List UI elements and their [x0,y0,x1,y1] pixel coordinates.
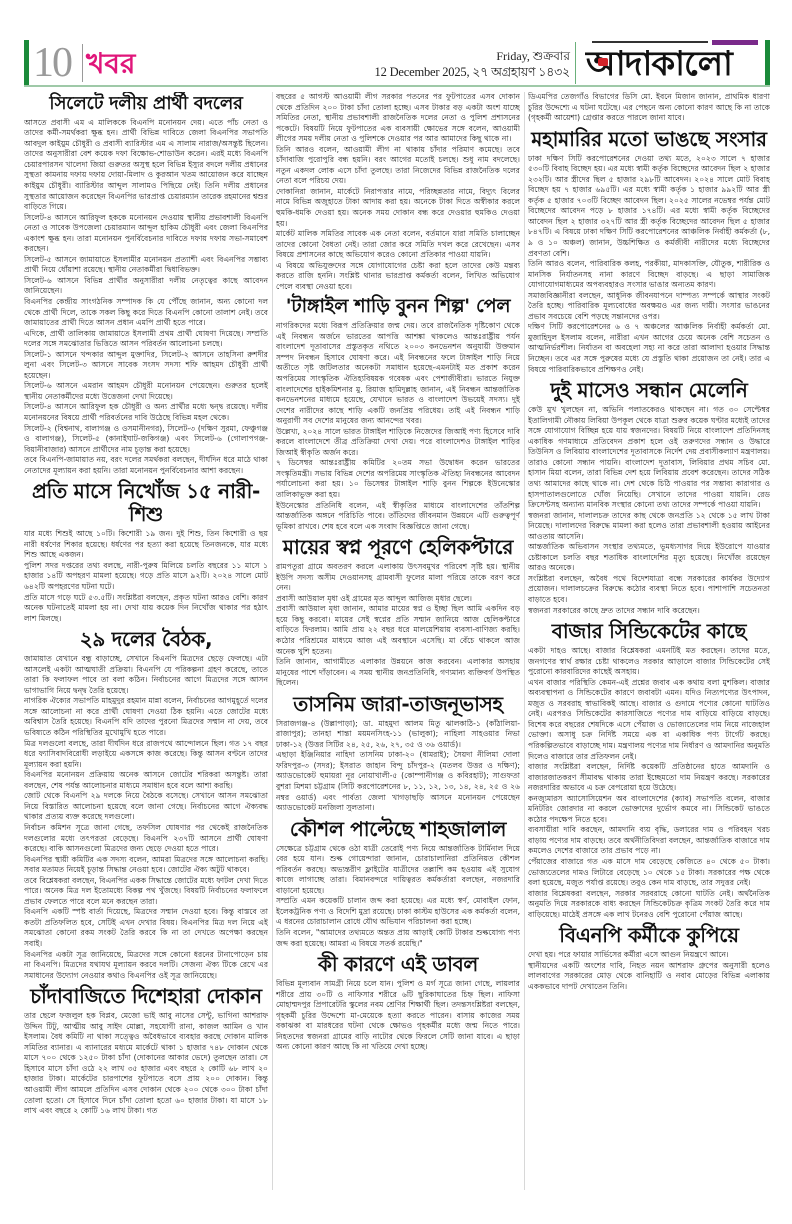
column-2: বছরের ৫ আগস্ট আওয়ামী লীগ সরকার পতনের পর… [276,92,520,1190]
paragraph: সিলেট-৬ আসনে এমরান আহমদ চৌধুরী মনোনয়ন প… [24,381,268,402]
article-tasnim-jara[interactable]: তাসনিম জারা-তাজনূভাসহ সিরাজগঞ্জ-৪ (উল্লা… [276,691,520,814]
article-bnp-worker-stabbed[interactable]: বিএনপি কর্মীকে কুপিয়ে দেখা হয়। পরে ফায… [528,922,770,992]
article-body: একটা দাহও আছে। বাজার বিশ্লেষকরা এমনটিই ম… [528,646,770,920]
headline: চাঁদাবাজিতে দিশেহারা দোকান [24,983,268,1011]
paragraph: সিরাজগঞ্জ-৪ (উল্লাপাড়া); ডা. মাহমুদা আল… [276,719,520,751]
article-body: আসতে প্রবাসী এম এ মালিককে বিএনপি মনোনয়ন… [24,118,268,477]
masthead-rule [592,41,708,43]
paragraph: এখন বাজার পরিস্থিতি কেমন-এই প্রশ্নের জবা… [528,678,770,762]
paragraph: দেখা হয়। পরে ফায়ার সার্ভিসের কর্মীরা এ… [528,950,770,961]
paragraph: জামায়াত যেখানে বন্ধু বাড়াচ্ছে, সেখানে … [24,654,268,696]
paragraph: সমাজবিজ্ঞানীরা বলছেন, আধুনিক জীবনযাপনে দ… [528,291,770,323]
paragraph: বিএনপির কেন্দ্রীয় সাংগঠনিক সম্পাদক কি য… [24,297,268,329]
article-double-murder[interactable]: কী কারণে এই ডাবল বিভিন্ন মূল্যবান সামগ্র… [276,951,520,1053]
paragraph: ঢাকা দক্ষিণ সিটি করপোরেশনের দেওয়া তথ্য … [528,154,770,259]
paragraph: সিলেট-৬ আসনে বিভিন্ন প্রার্থীর অনুসারীরা… [24,276,268,297]
column-rule [524,92,525,1190]
article-body: জামায়াত যেখানে বন্ধু বাড়াচ্ছে, সেখানে … [24,654,268,981]
paragraph: যার মধ্যে শিশুই আছে ১০টি। কিশোরী ১৯ জন। … [24,529,268,561]
page-number: 10 [33,41,71,85]
green-bar-right [765,40,770,85]
article-body: রামপতুরা গ্রামে অবতরণ করলে এলাকায় উৎসবম… [276,562,520,689]
paragraph: তবে বিএনপি-জামায়াত নয়, বরং দলের সমর্থক… [24,455,268,476]
article-missing-two-months[interactable]: দুই মাসেও সন্ধান মেলেনি কেউ মুখ খুলছেন ন… [528,377,770,616]
article-body: বিভিন্ন মূল্যবান সামগ্রী নিয়ে চলে যান। … [276,979,520,1053]
article-body: সেক্ষেত্রে চট্টগ্রাম থেকে ওঠা যাত্রী তের… [276,844,520,949]
paragraph: বাজার বিশ্লেষকরা বলছেন, সরকার সরবরাহে কো… [528,889,770,921]
paragraph: বিএনপির মনোনয়ন প্রক্রিয়ায় অনেক আসনে জ… [24,770,268,791]
newspaper-page: 10 খবর Friday, শুক্রবার 12 December 2025… [24,40,770,1190]
paragraph: নাগরিক ঐক্যের সভাপতি মাহমুদুর রহমান মান্… [24,696,268,738]
article-market-syndicate[interactable]: বাজার সিন্ডিকেটের কাছে একটা দাহও আছে। বা… [528,618,770,920]
headline: মহামারির মতো ভাঙছে সংসার [528,126,770,154]
article-extortion-continued[interactable]: বছরের ৫ আগস্ট আওয়ামী লীগ সরকার পতনের পর… [276,92,520,292]
paragraph: বাজার সংশ্লিষ্টরা বলছেন, নির্দিষ্ট কয়েক… [528,762,770,794]
article-extortion-shops[interactable]: চাঁদাবাজিতে দিশেহারা দোকান তার ছেলে ফজলু… [24,983,268,1116]
paragraph: সিলেট-৪ আসনে আরিফুল হককে মনোনয়ন দেওয়ায… [24,213,268,255]
paragraph: তবে বিশ্লেষকরা বলছেন, বিএনপির একক সিদ্ধা… [24,876,268,908]
paragraph: পেঁয়াজের বাজারে গত এক মাসে দাম বেড়েছে … [528,857,770,889]
issue-full-date: 12 December 2025, ২৭ অগ্রহায়ণ ১৪৩২ [375,64,570,80]
paragraph: সিলেট-৫ আসনে জামায়াতে ইসলামীর মনোনয়ন প… [24,255,268,276]
paragraph: আন্তর্জাতিক অভিবাসন সংস্থার তথ্যমতে, ভূম… [528,542,770,574]
headline: তাসনিম জারা-তাজনূভাসহ [276,691,520,719]
article-body: তার ছেলে ফজলুল হক বিপ্লব, মেজো ভাই আবু ন… [24,1011,268,1116]
paragraph: ডিএমপির তেজগাঁও বিভাগের ডিসি মো. ইবনে মি… [528,92,770,124]
paragraph: এ বিষয়ে অভিযুক্তদের সঙ্গে যোগাযোগের চেষ… [276,261,520,293]
paragraph: আসতে প্রবাসী এম এ মালিককে বিএনপি মনোনয়ন… [24,118,268,213]
paragraph: বিএনপির স্থায়ী কমিটির এক সদস্য বলেন, আম… [24,855,268,876]
article-body: বছরের ৫ আগস্ট আওয়ামী লীগ সরকার পতনের পর… [276,92,520,292]
headline: দুই মাসেও সন্ধান মেলেনি [528,377,770,405]
paragraph: ইউনেস্কোর প্রতিনিধি বলেন, এই স্বীকৃতির ম… [276,501,520,533]
paragraph: স্থানীয়দের একটি অংশের দাবি, নিহত নয়ন আ… [528,961,770,993]
header-divider [82,44,83,82]
headline: কৌশল পাল্টেছে শাহজালাল [276,816,520,844]
section-title: খবর [86,46,135,82]
paragraph: দক্ষিণ সিটি করপোরেশনের ৬ ও ৭ অঞ্চলের আঞ্… [528,322,770,375]
green-bar-left [24,40,29,85]
paragraph: নির্বাচন কমিশন সূত্রে জানা গেছে, তফসিল ঘ… [24,823,268,855]
headline: মায়ের স্বপ্ন পূরণে হেলিকপ্টারে [276,534,520,562]
article-tangail-saree[interactable]: 'টাঙ্গাইল শাড়ি বুনন শিল্প' পেল নাগরিকদে… [276,294,520,532]
paragraph: কনজ্যুমারস অ্যাসোসিয়েশন অব বাংলাদেশের (… [528,794,770,826]
paragraph: তিনি আরও বলেন, পারিবারিক কলহ, পরকীয়া, ম… [528,259,770,291]
paragraph: দোকানিরা জানান, মার্কেটে নিরাপত্তার নামে… [276,187,520,229]
issue-day: Friday, শুক্রবার [375,48,570,64]
paragraph: নাগরিকদের মধ্যে বিরূপ প্রতিক্রিয়ার জন্ম… [276,321,520,426]
issue-date: Friday, শুক্রবার 12 December 2025, ২৭ অগ… [375,48,570,80]
article-shahjalal-tactics[interactable]: কৌশল পাল্টেছে শাহজালাল সেক্ষেত্রে চট্টগ্… [276,816,520,949]
paragraph: সম্প্রতি এমন কয়েকটি চালান জব্দ করা হয়ে… [276,896,520,928]
article-divorce-epidemic[interactable]: মহামারির মতো ভাঙছে সংসার ঢাকা দক্ষিণ সিট… [528,126,770,375]
paragraph: ৭ ডিসেম্বর আন্তঃরাষ্ট্রীয় কমিটির ২০তম স… [276,458,520,500]
paragraph: সিলেট-২ (বিশ্বনাথ, বালাগঞ্জ ও ওসমানীনগর)… [24,424,268,456]
masthead-divider [575,42,576,84]
column-3: ডিএমপির তেজগাঁও বিভাগের ডিসি মো. ইবনে মি… [528,92,770,1190]
paragraph: বিএনপির একটা সূত্র জানিয়েছে, মিত্রদের স… [24,950,268,982]
paragraph: জোট থেকে বিএনপি ২৯ দলকে নিয়ে বৈঠকে বসেছ… [24,791,268,823]
paragraph: স্বজনরা সরকারের কাছে দ্রুত তাদের সন্ধান … [528,606,770,617]
article-body: সিরাজগঞ্জ-৪ (উল্লাপাড়া); ডা. মাহমুদা আল… [276,719,520,814]
headline: কী কারণে এই ডাবল [276,951,520,979]
column-rule [272,92,273,1190]
article-body: নাগরিকদের মধ্যে বিরূপ প্রতিক্রিয়ার জন্ম… [276,321,520,532]
page-header: 10 খবর Friday, শুক্রবার 12 December 2025… [24,40,770,87]
headline: সিলেটে দলীয় প্রার্থী বদলের [24,92,268,118]
article-29-party-meeting[interactable]: ২৯ দলের বৈঠক, জামায়াত যেখানে বন্ধু বাড়… [24,626,268,981]
paragraph: বছরের ৫ আগস্ট আওয়ামী লীগ সরকার পতনের পর… [276,92,520,145]
paragraph: রামপতুরা গ্রামে অবতরণ করলে এলাকায় উৎসবম… [276,562,520,594]
headline: প্রতি মাসে নিখোঁজ ১৫ নারী-শিশু [24,478,268,529]
paragraph: এছাড়া ইঞ্জিনিয়ার নাহিদা তাসনিম ঢাকা-২০… [276,750,520,813]
headline: বিএনপি কর্মীকে কুপিয়ে [528,922,770,950]
article-sylhet-candidates[interactable]: সিলেটে দলীয় প্রার্থী বদলের আসতে প্রবাসী… [24,92,268,476]
paragraph: বিভিন্ন মূল্যবান সামগ্রী নিয়ে চলে যান। … [276,979,520,1053]
article-missing-women-children[interactable]: প্রতি মাসে নিখোঁজ ১৫ নারী-শিশু যার মধ্যে… [24,478,268,624]
logo-accent-icon [598,58,608,66]
headline: 'টাঙ্গাইল শাড়ি বুনন শিল্প' পেল [276,294,520,321]
headline: বাজার সিন্ডিকেটের কাছে [528,618,770,646]
paragraph: তিনি বলেন, "আমাদের তথ্যমতে অন্তত প্রায় … [276,928,520,949]
paragraph: প্রবাসী আউয়াল মৃধা জানান, আমার মায়ের স… [276,604,520,657]
paragraph: মিত্র দলগুলো বলছে, তারা দীর্ঘদিন ধরে রাজ… [24,739,268,771]
paragraph: সিলেট-৪ আসনে আরিফুল হক চৌধুরী ও অন্য প্র… [24,402,268,423]
article-body: দেখা হয়। পরে ফায়ার সার্ভিসের কর্মীরা এ… [528,950,770,992]
paragraph: তিনি জানান, আগামীতে এলাকার উন্নয়নে কাজ … [276,657,520,689]
paragraph: প্রবাসী আউয়াল মৃধা ওই গ্রামের মৃত আব্দু… [276,594,520,605]
article-body: ডিএমপির তেজগাঁও বিভাগের ডিসি মো. ইবনে মি… [528,92,770,124]
article-body: কেউ মুখ খুলছেন না, অভিনি পলাতকেরও থাকছেন… [528,405,770,616]
paragraph: বিএনপি একটি স্পষ্ট বার্তা দিয়েছে, মিত্র… [24,907,268,949]
paragraph: উল্লেখ্য, ২০২৪ সালে ভারত টাঙ্গাইল শাড়িক… [276,427,520,459]
paragraph: পুলিশ সদর দপ্তরের তথ্য বলছে, নারী-পুরুষ … [24,561,268,593]
paragraph: এদিকে, প্রার্থী তালিকায় জামায়াতে ইসলাম… [24,329,268,350]
headline: ২৯ দলের বৈঠক, [24,626,268,654]
article-body: যার মধ্যে শিশুই আছে ১০টি। কিশোরী ১৯ জন। … [24,529,268,624]
paragraph: তিনি আরও বলেন, আওয়ামী লীগ না থাকায় চাঁ… [276,145,520,187]
paragraph: সিলেট-১ আসনে খন্দকার আব্দুল মুক্তাদির, স… [24,350,268,382]
paragraph: সেক্ষেত্রে চট্টগ্রাম থেকে ওঠা যাত্রী তের… [276,844,520,897]
paragraph: ব্যবসায়ীরা দাবি করছেন, আমদানি ব্যয় বৃদ… [528,825,770,857]
paragraph: কেউ মুখ খুলছেন না, অভিনি পলাতকেরও থাকছেন… [528,405,770,510]
paragraph: মার্কেট মালিক সমিতির সাবেক এক নেতা বলেন,… [276,229,520,261]
article-body: ঢাকা দক্ষিণ সিটি করপোরেশনের দেওয়া তথ্য … [528,154,770,375]
paragraph: একটা দাহও আছে। বাজার বিশ্লেষকরা এমনটিই ম… [528,646,770,678]
paragraph: স্বজনরা জানান, দালালচক্র তাদের কাছ থেকে … [528,511,770,543]
paragraph: সংশ্লিষ্টরা বলছেন, অবৈধ পথে বিদেশযাত্রা … [528,574,770,606]
masthead-logo: আদাকালো [584,40,764,85]
column-1: সিলেটে দলীয় প্রার্থী বদলের আসতে প্রবাসী… [24,92,268,1190]
article-mothers-dream-helicopter[interactable]: মায়ের স্বপ্ন পূরণে হেলিকপ্টারে রামপতুরা… [276,534,520,689]
paragraph: তার ছেলে ফজলুল হক বিপ্লব, মেজো ভাই আবু ন… [24,1011,268,1116]
article-murder-continued[interactable]: ডিএমপির তেজগাঁও বিভাগের ডিসি মো. ইবনে মি… [528,92,770,124]
paragraph: প্রতি মাসে গড়ে ঘটে ৫৩.৫টি। সংশ্লিষ্টরা … [24,593,268,625]
article-columns: সিলেটে দলীয় প্রার্থী বদলের আসতে প্রবাসী… [24,92,770,1190]
